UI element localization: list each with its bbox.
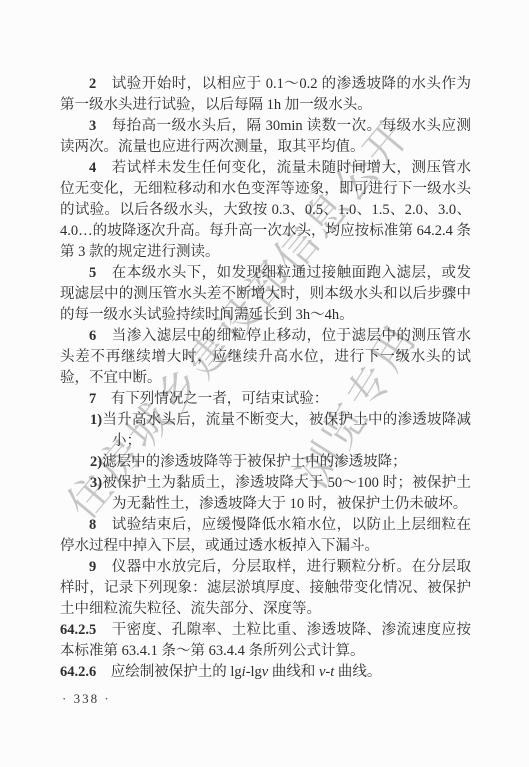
text-run: 当升高水头后，流量不断变大，被保护土中的渗透坡降减小； [102, 412, 471, 449]
text-run: 被保护土为黏质土，渗透坡降大于 50～100 时；被保护土为无黏性土，渗透坡降大… [102, 475, 471, 512]
item-number: 64.2.6 [60, 664, 96, 680]
numbered-paragraph: 6 当渗入滤层中的细粒停止移动，位于滤层中的测压管水头差不再继续增大时，应继续升… [60, 326, 471, 389]
text-run: 有下列情况之一者，可结束试验： [96, 391, 328, 407]
item-number: 2) [90, 454, 102, 470]
text-run: 试验开始时，以相应于 0.1～0.2 的渗透坡降的水头作为第一级水头进行试验，以… [60, 76, 471, 113]
text-run: 滤层中的渗透坡降等于被保护土中的渗透坡降； [102, 454, 407, 470]
section-paragraph: 64.2.5 干密度、孔隙率、土粒比重、渗透坡降、渗流速度应按本标准第 63.4… [60, 620, 471, 662]
numbered-paragraph: 8 试验结束后，应缓慢降低水箱水位，以防止上层细粒在停水过程中掉入下层，或通过透… [60, 515, 471, 557]
section-paragraph: 64.2.6 应绘制被保护土的 lgi-lgv 曲线和 v-t 曲线。 [60, 662, 471, 683]
numbered-paragraph: 5 在本级水头下，如发现细粒通过接触面跑入滤层，或发现滤层中的测压管水头差不断增… [60, 263, 471, 326]
text-run: 若试样未发生任何变化，流量未随时间增大，测压管水位无变化，无细粒移动和水色变浑等… [60, 160, 471, 260]
text-run: 当渗入滤层中的细粒停止移动，位于滤层中的测压管水头差不再继续增大时，应继续升高水… [60, 328, 471, 386]
list-item: 3)被保护土为黏质土，渗透坡降大于 50～100 时；被保护土为无黏性土，渗透坡… [112, 473, 471, 515]
text-run: 干密度、孔隙率、土粒比重、渗透坡降、渗流速度应按本标准第 63.4.1 条～第 … [60, 622, 471, 659]
text-run: 仪器中水放完后，分层取样，进行颗粒分析。在分层取样时，记录下列现象：滤层淤填厚度… [60, 559, 471, 617]
text-run: 每抬高一级水头后，隔 30min 读数一次。每级水头应测读两次。流量也应进行两次… [60, 118, 471, 155]
page-number: · 338 · [62, 691, 111, 707]
numbered-paragraph: 4 若试样未发生任何变化，流量未随时间增大，测压管水位无变化，无细粒移动和水色变… [60, 158, 471, 263]
item-number: 1) [90, 412, 102, 428]
numbered-paragraph: 7 有下列情况之一者，可结束试验： [60, 389, 471, 410]
text-run: -lg [246, 664, 262, 680]
list-item: 2)滤层中的渗透坡降等于被保护土中的渗透坡降； [112, 452, 471, 473]
numbered-paragraph: 9 仪器中水放完后，分层取样，进行颗粒分析。在分层取样时，记录下列现象：滤层淤填… [60, 557, 471, 620]
numbered-paragraph: 2 试验开始时，以相应于 0.1～0.2 的渗透坡降的水头作为第一级水头进行试验… [60, 74, 471, 116]
item-number: 64.2.5 [60, 622, 96, 638]
document-body: 2 试验开始时，以相应于 0.1～0.2 的渗透坡降的水头作为第一级水头进行试验… [60, 74, 471, 683]
numbered-paragraph: 3 每抬高一级水头后，隔 30min 读数一次。每级水头应测读两次。流量也应进行… [60, 116, 471, 158]
text-run: 在本级水头下，如发现细粒通过接触面跑入滤层，或发现滤层中的测压管水头差不断增大时… [60, 265, 471, 323]
text-run: 曲线。 [334, 664, 381, 680]
document-page: 住房城乡建设部信息公开 浏览专用 2 试验开始时，以相应于 0.1～0.2 的渗… [0, 0, 529, 767]
item-number: 3) [90, 475, 102, 491]
list-item: 1)当升高水头后，流量不断变大，被保护土中的渗透坡降减小； [112, 410, 471, 452]
text-run: 试验结束后，应缓慢降低水箱水位，以防止上层细粒在停水过程中掉入下层，或通过透水板… [60, 517, 471, 554]
text-run: 应绘制被保护土的 lg [96, 664, 241, 680]
text-run: 曲线和 [268, 664, 319, 680]
